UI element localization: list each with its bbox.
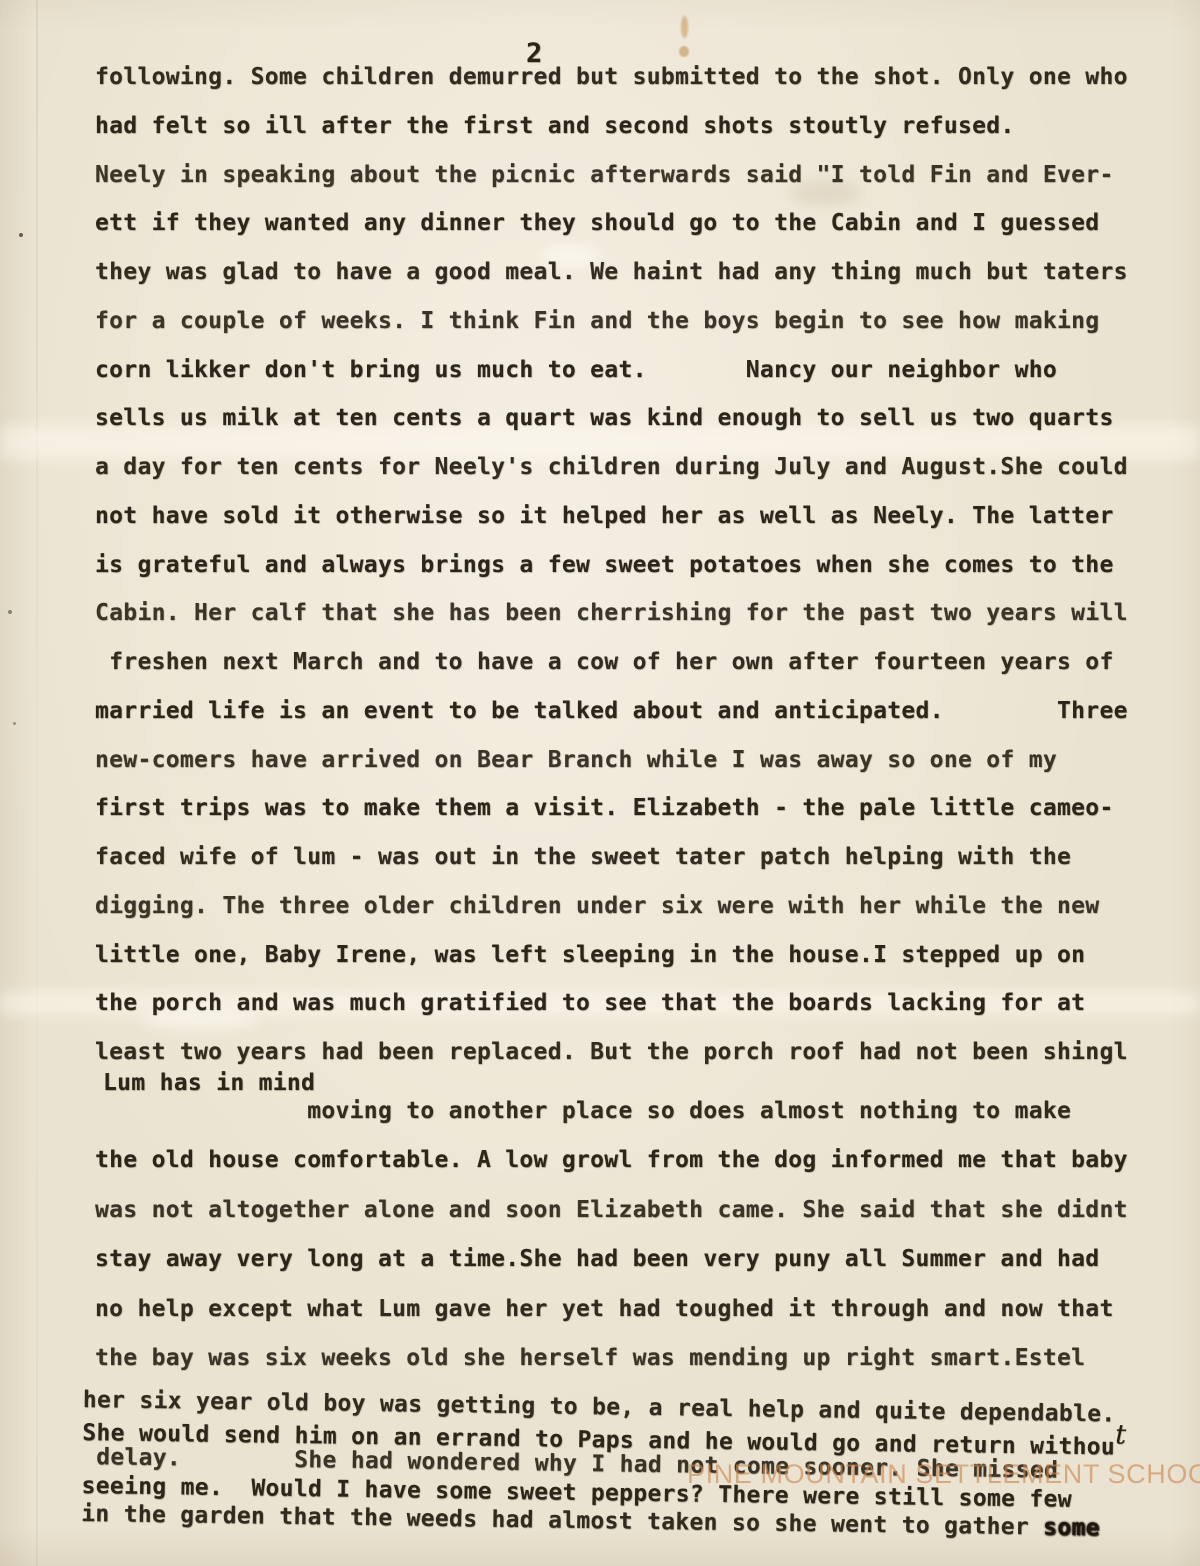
typed-line: least two years had been replaced. But t… [95,1039,1175,1088]
typed-line: no help except what Lum gave her yet had… [95,1296,1175,1346]
typed-line: sells us milk at ten cents a quart was k… [95,405,1175,454]
ink-stain [681,16,688,38]
typed-line: a day for ten cents for Neely's children… [95,454,1175,503]
typed-line: the old house comfortable. A low growl f… [95,1147,1175,1197]
typed-line: Neely in speaking about the picnic after… [95,162,1175,211]
typed-line: not have sold it otherwise so it helped … [95,503,1175,552]
ink-stain [679,46,689,57]
handwritten-superscript-t: t [1115,1419,1127,1450]
typed-line: was not altogether alone and soon Elizab… [95,1197,1175,1247]
typed-line: ett if they wanted any dinner they shoul… [95,210,1175,259]
typed-line: corn likker don't bring us much to eat. … [95,357,1175,406]
typed-line: had felt so ill after the first and seco… [95,113,1175,162]
paper-speck [8,610,12,614]
typed-line: for a couple of weeks. I think Fin and t… [95,308,1175,357]
typed-line: is grateful and always brings a few swee… [95,552,1175,601]
typed-line: they was glad to have a good meal. We ha… [95,259,1175,308]
paper-speck [13,722,16,725]
watermark: PINE MOUNTAIN SETTLEMENT SCHOOL 2015 [687,1459,1200,1490]
typed-line: Cabin. Her calf that she has been cherri… [95,600,1175,649]
typed-line: married life is an event to be talked ab… [95,698,1175,747]
typed-block-2: moving to another place so does almost n… [95,1098,1175,1395]
typed-block-1: following. Some children demurred but su… [95,64,1175,1088]
paper-speck [19,233,23,237]
typed-line: little one, Baby Irene, was left sleepin… [95,942,1175,991]
typed-line: moving to another place so does almost n… [95,1098,1175,1148]
typed-line: new-comers have arrived on Bear Branch w… [95,747,1175,796]
typed-line: following. Some children demurred but su… [95,64,1175,113]
typed-line: the porch and was much gratified to see … [95,990,1175,1039]
typed-text-body: following. Some children demurred but su… [95,64,1175,1530]
typed-line: faced wife of lum - was out in the sweet… [95,844,1175,893]
paper-crease [36,0,38,1566]
typed-line: digging. The three older children under … [95,893,1175,942]
typed-line: stay away very long at a time.She had be… [95,1246,1175,1296]
typed-line: first trips was to make them a visit. El… [95,795,1175,844]
typed-line: the bay was six weeks old she herself wa… [95,1345,1175,1395]
overstruck-word: some [1043,1515,1100,1542]
typed-line: freshen next March and to have a cow of … [95,649,1175,698]
scanned-typewritten-page: 2 following. Some children demurred but … [0,0,1200,1566]
